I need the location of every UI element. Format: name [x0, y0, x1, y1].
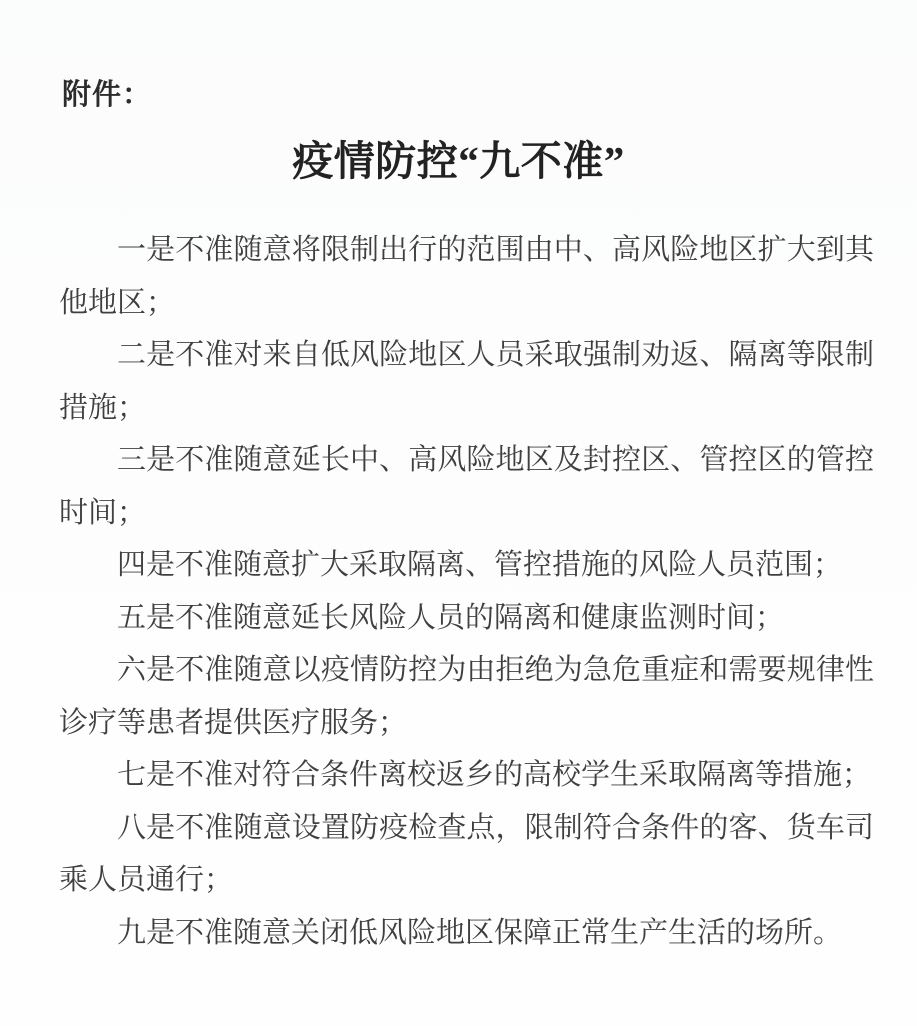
document-paragraph-3: 三是不准随意延长中、高风险地区及封控区、管控区的管控时间；: [59, 434, 874, 539]
document-page: 附件： 疫情防控“九不准” 一是不准随意将限制出行的范围由中、高风险地区扩大到其…: [0, 0, 917, 1026]
document-paragraph-2: 二是不准对来自低风险地区人员采取强制劝返、隔离等限制措施；: [59, 329, 874, 434]
document-body: 一是不准随意将限制出行的范围由中、高风险地区扩大到其他地区； 二是不准对来自低风…: [59, 224, 874, 959]
document-paragraph-5: 五是不准随意延长风险人员的隔离和健康监测时间；: [59, 592, 874, 645]
document-paragraph-6: 六是不准随意以疫情防控为由拒绝为急危重症和需要规律性诊疗等患者提供医疗服务；: [59, 644, 874, 749]
document-title: 疫情防控“九不准”: [0, 135, 917, 187]
document-paragraph-4: 四是不准随意扩大采取隔离、管控措施的风险人员范围；: [59, 539, 874, 592]
attachment-label: 附件：: [62, 72, 152, 113]
document-paragraph-1: 一是不准随意将限制出行的范围由中、高风险地区扩大到其他地区；: [59, 224, 874, 329]
document-content: 附件： 疫情防控“九不准” 一是不准随意将限制出行的范围由中、高风险地区扩大到其…: [0, 0, 917, 1026]
document-paragraph-7: 七是不准对符合条件离校返乡的高校学生采取隔离等措施；: [59, 749, 874, 802]
document-paragraph-9: 九是不准随意关闭低风险地区保障正常生产生活的场所。: [59, 907, 874, 960]
document-paragraph-8: 八是不准随意设置防疫检查点，限制符合条件的客、货车司乘人员通行；: [59, 802, 874, 907]
